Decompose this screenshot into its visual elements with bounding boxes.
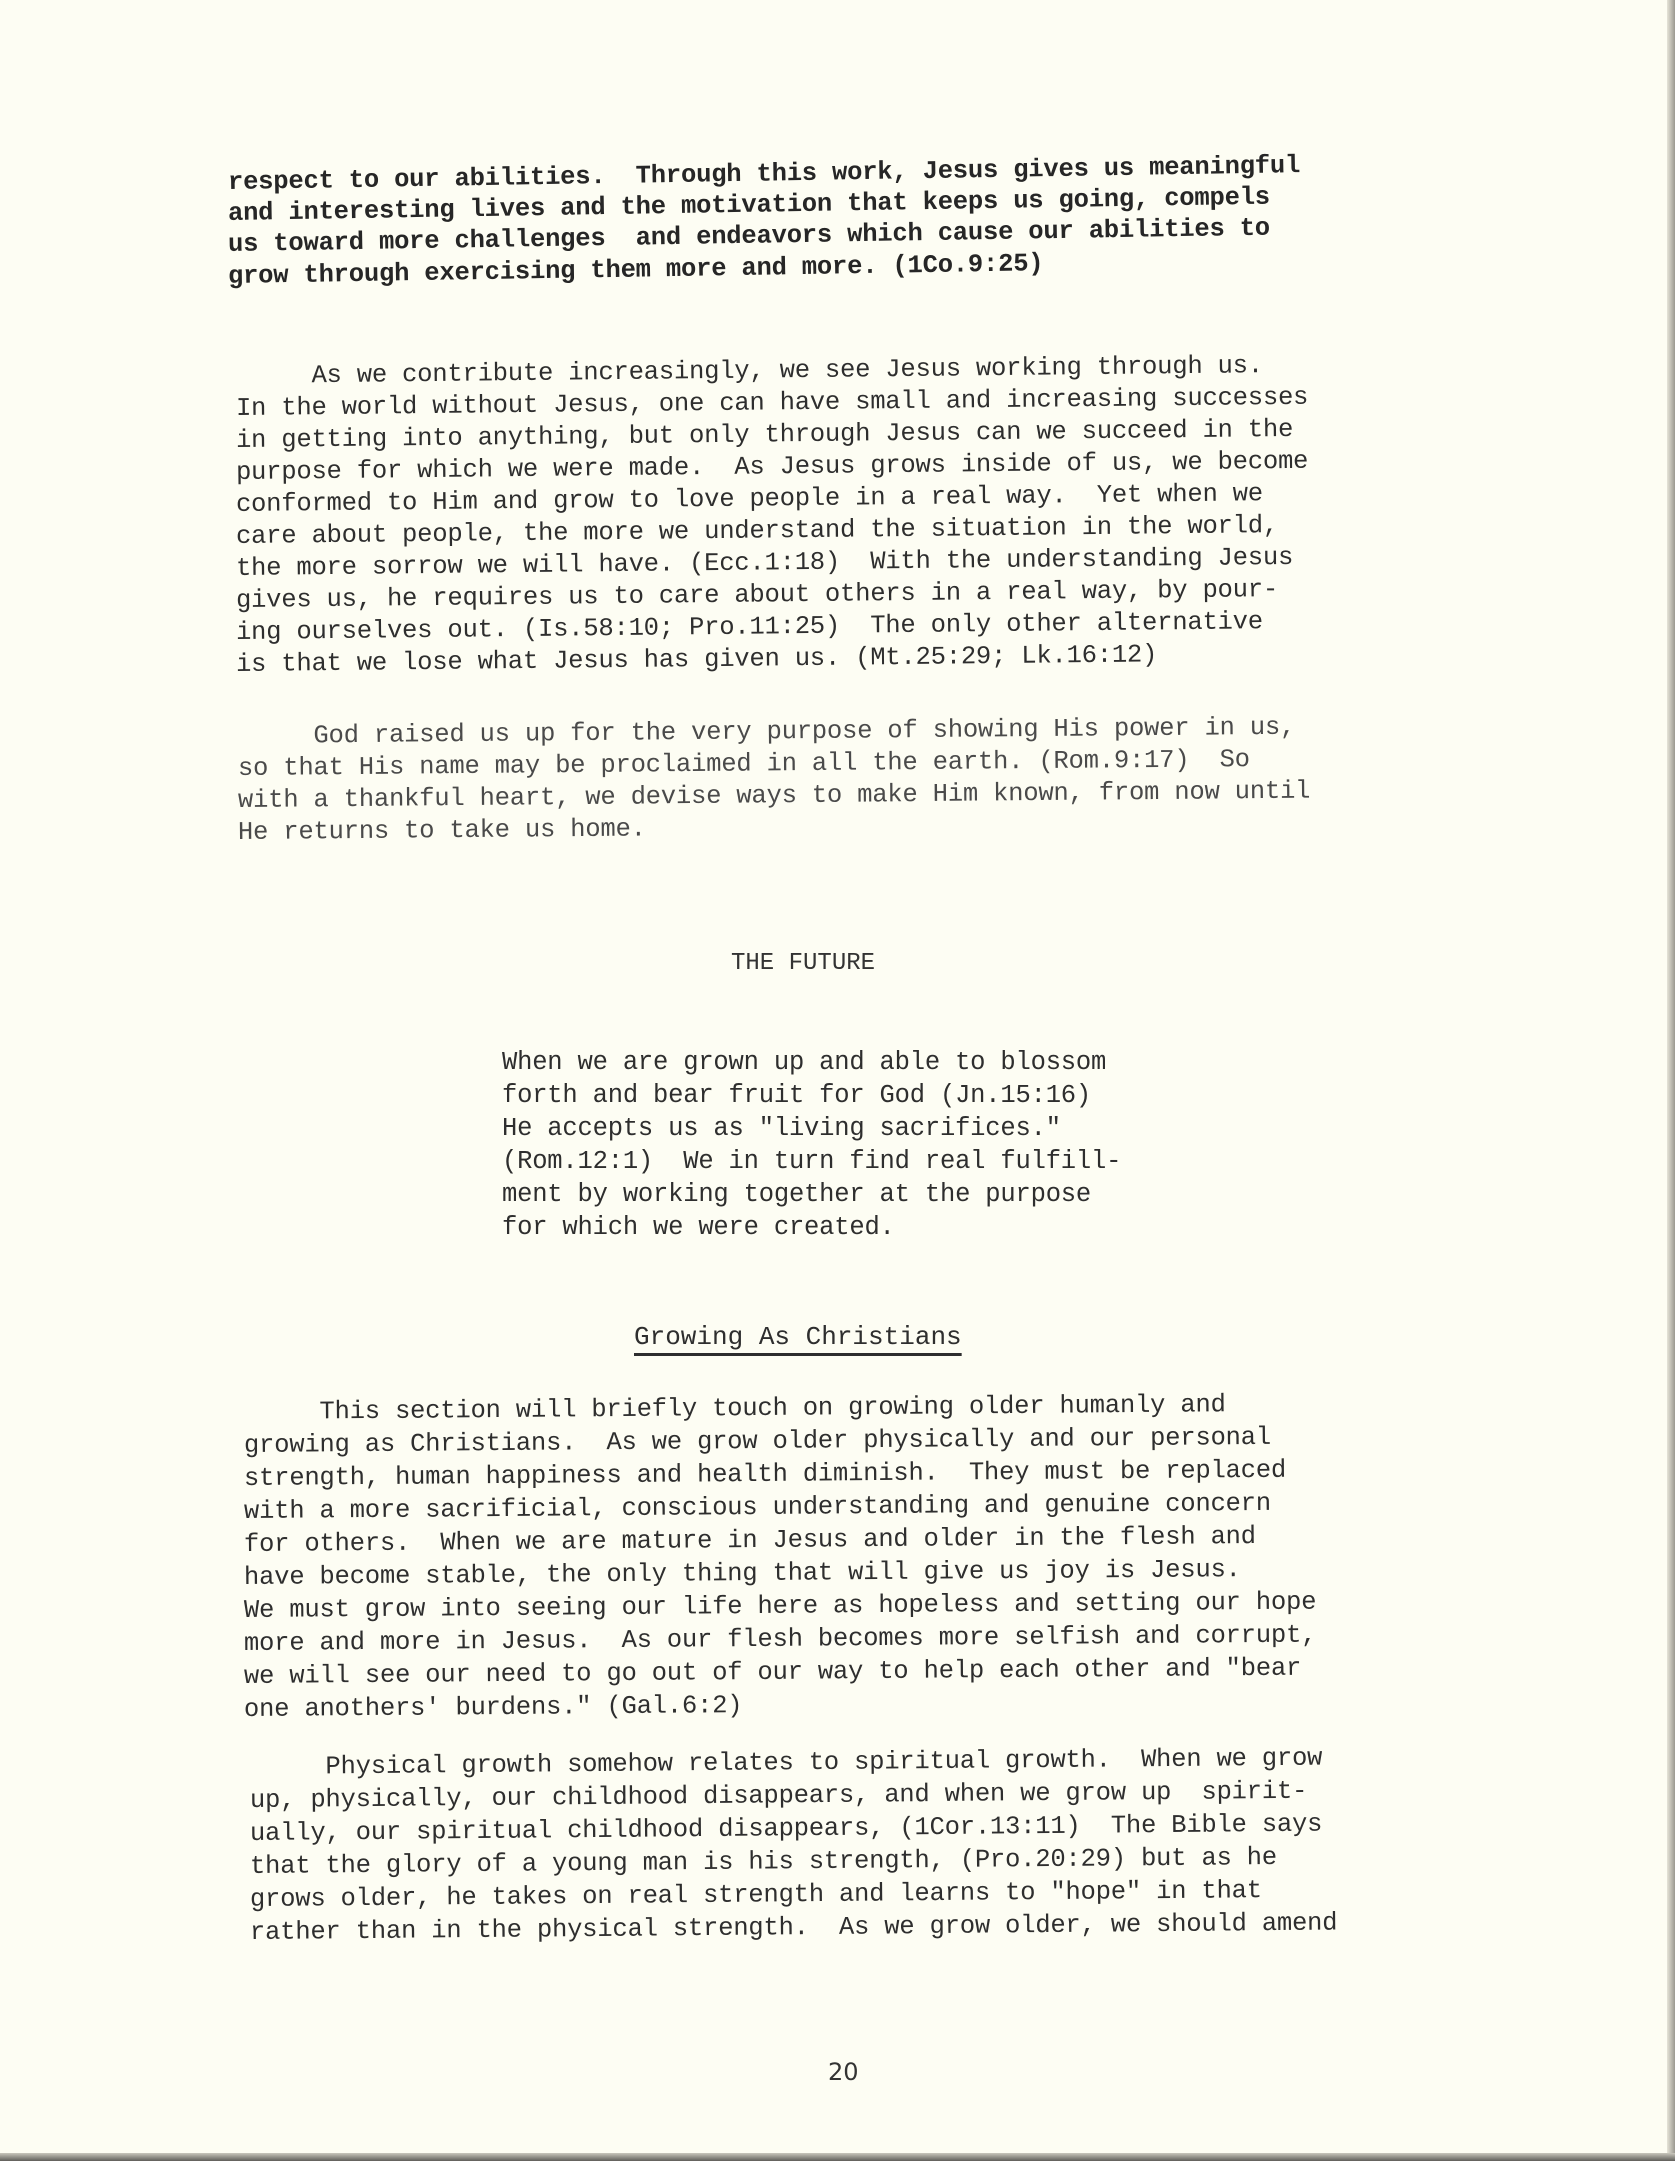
- text-line: growing as Christians. As we grow older …: [244, 1423, 1271, 1461]
- text-line: have become stable, the only thing that …: [244, 1555, 1241, 1593]
- text-line: We must grow into seeing our life here a…: [244, 1588, 1316, 1626]
- page-edge-right: [1667, 0, 1675, 2161]
- text-line: grows older, he takes on real strength a…: [250, 1876, 1262, 1915]
- text-line: forth and bear fruit for God (Jn.15:16): [502, 1081, 1091, 1111]
- page-edge-bottom: [0, 2153, 1675, 2161]
- text-line: strength, human happiness and health dim…: [244, 1456, 1286, 1494]
- text-line: rather than in the physical strength. As…: [250, 1909, 1338, 1948]
- text-line: for which we were created.: [502, 1213, 895, 1243]
- section-heading: Growing As Christians: [634, 1322, 962, 1352]
- text-line: This section will briefly touch on growi…: [244, 1390, 1226, 1428]
- text-line: up, physically, our childhood disappears…: [250, 1777, 1307, 1816]
- text-line: ment by working together at the purpose: [502, 1180, 1091, 1210]
- section-heading: THE FUTURE: [731, 950, 875, 977]
- text-line: (Rom.12:1) We in turn find real fulfill-: [502, 1147, 1121, 1177]
- text-line: for others. When we are mature in Jesus …: [244, 1522, 1256, 1560]
- text-line: we will see our need to go out of our wa…: [244, 1654, 1301, 1692]
- text-line: that the glory of a young man is his str…: [250, 1843, 1277, 1882]
- page-number: 20: [828, 2058, 859, 2086]
- text-line: When we are grown up and able to blossom: [502, 1048, 1106, 1078]
- text-line: He accepts us as "living sacrifices.": [502, 1114, 1061, 1144]
- text-line: one anothers' burdens." (Gal.6:2): [244, 1691, 743, 1725]
- text-line: more and more in Jesus. As our flesh bec…: [244, 1621, 1316, 1659]
- text-line: He returns to take us home.: [238, 814, 646, 848]
- text-line: with a more sacrificial, conscious under…: [244, 1489, 1271, 1527]
